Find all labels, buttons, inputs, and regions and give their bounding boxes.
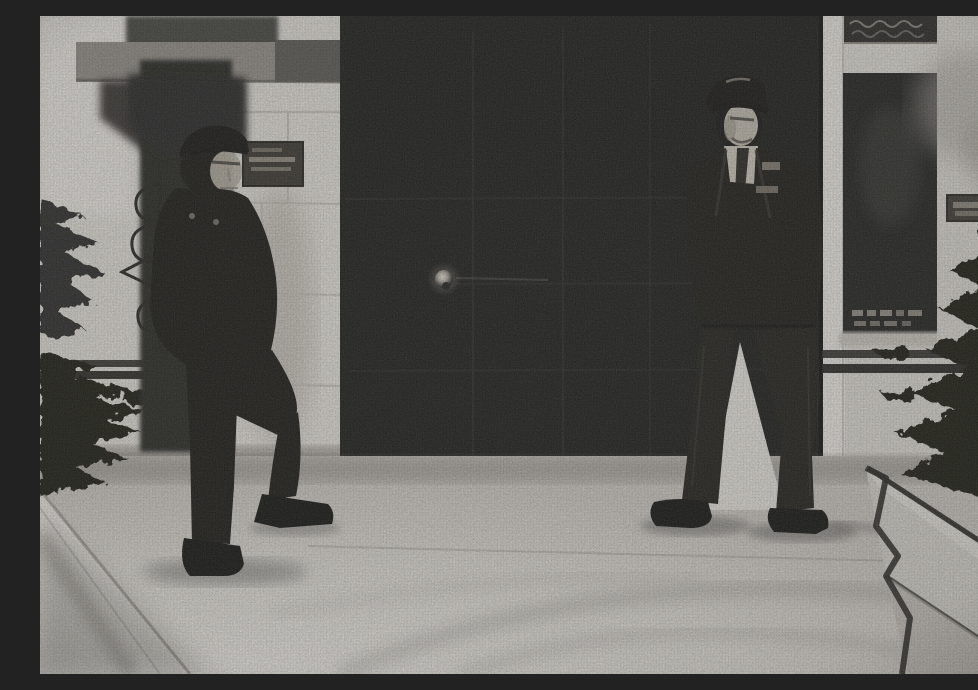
photo-canvas <box>40 16 978 674</box>
vignette <box>40 16 978 674</box>
halftone-photo <box>40 16 978 674</box>
halftone-grain <box>40 16 978 674</box>
